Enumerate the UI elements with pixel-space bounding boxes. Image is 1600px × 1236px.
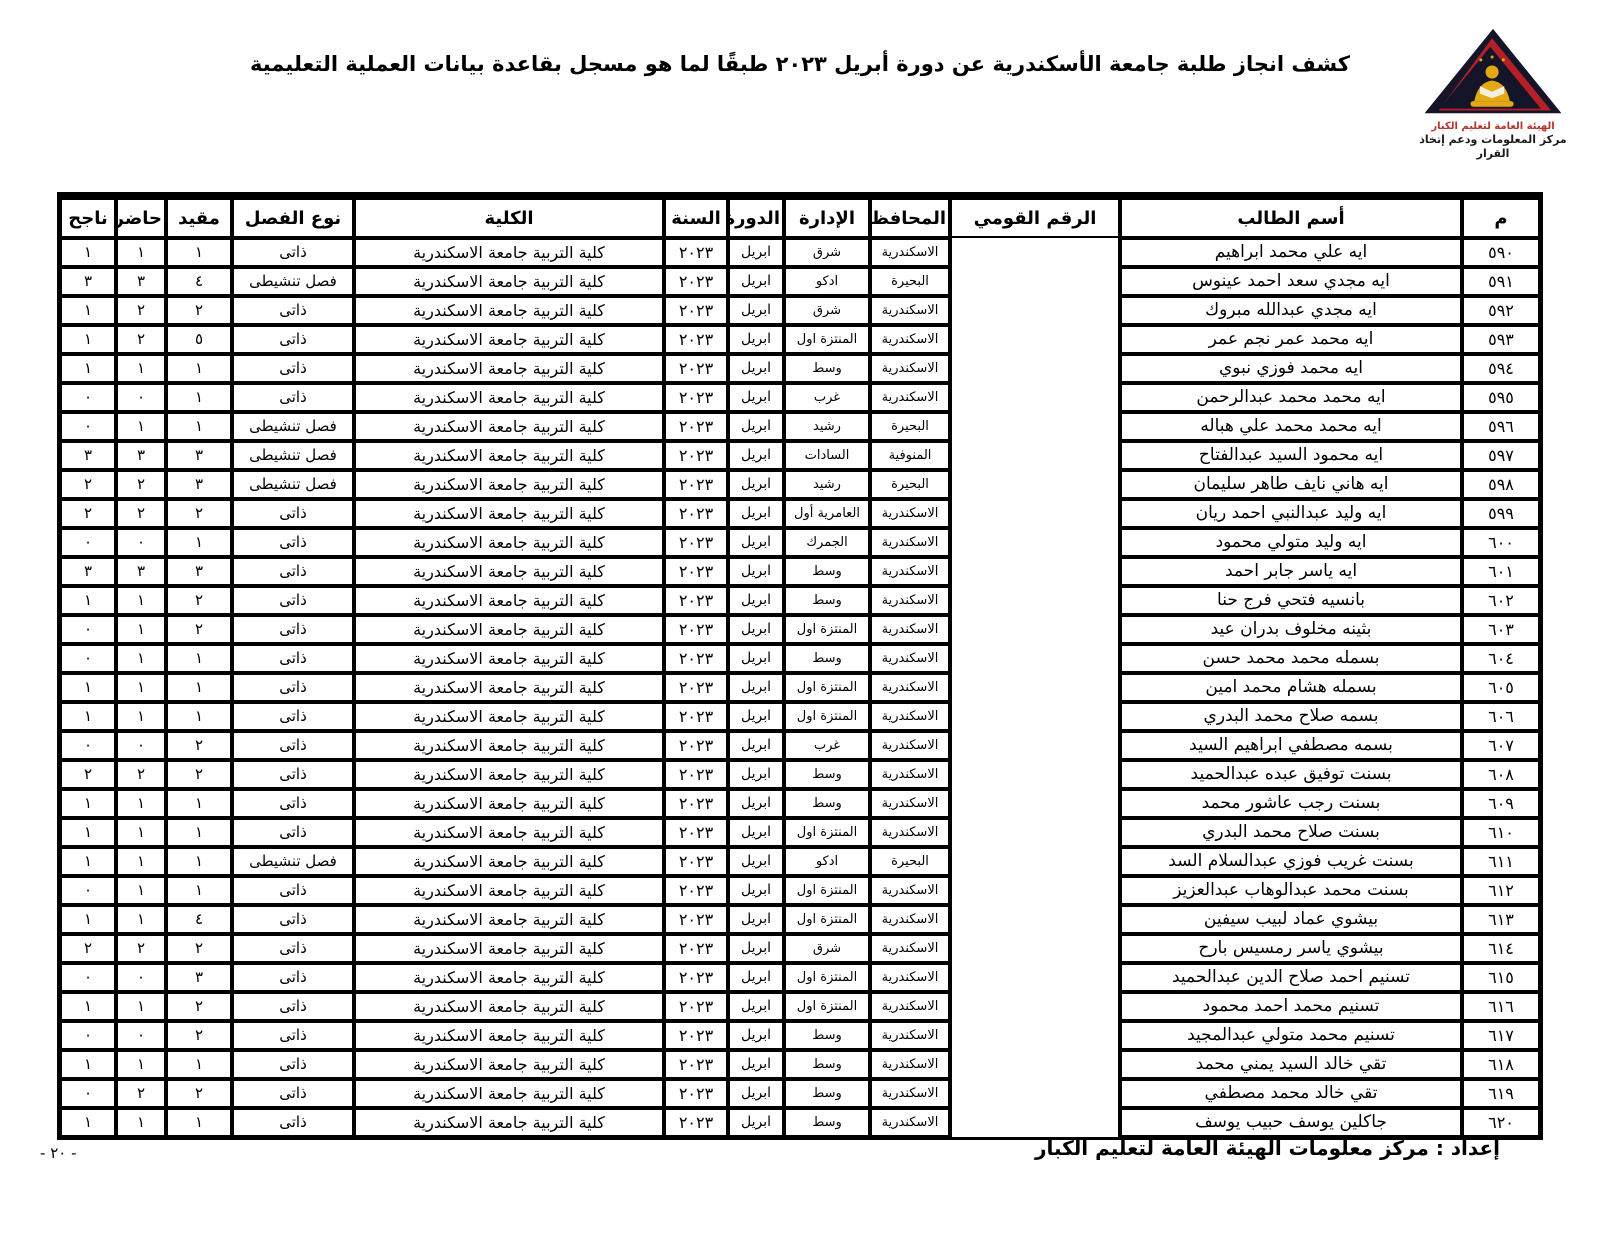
cell-enrolled: ١ [166,847,232,876]
cell-no: ٥٩٠ [1462,238,1540,267]
cell-no: ٥٩٥ [1462,383,1540,412]
cell-class_type: فصل تنشيطى [232,847,354,876]
cell-passed: ٣ [60,441,116,470]
cell-session: ابريل [728,992,784,1021]
cell-no: ٥٩٧ [1462,441,1540,470]
cell-year: ٢٠٢٣ [664,499,728,528]
table-row: ٥٩٠ايه علي محمد ابراهيمالاسكندريةشرقابري… [60,238,1540,267]
cell-name: ايه محمود السيد عبدالفتاح [1120,441,1462,470]
cell-enrolled: ١ [166,238,232,267]
cell-class_type: فصل تنشيطى [232,470,354,499]
cell-no: ٥٩٨ [1462,470,1540,499]
cell-college: كلية التربية جامعة الاسكندرية [354,644,664,673]
cell-no: ٦١٩ [1462,1079,1540,1108]
cell-name: بسمه صلاح محمد البدري [1120,702,1462,731]
cell-gov: الاسكندرية [870,702,950,731]
cell-present: ٢ [116,934,166,963]
table-row: ٦١٠بسنت صلاح محمد البدريالاسكندريةالمنتز… [60,818,1540,847]
cell-name: بسنت رجب عاشور محمد [1120,789,1462,818]
cell-no: ٦١٥ [1462,963,1540,992]
cell-year: ٢٠٢٣ [664,702,728,731]
cell-gov: الاسكندرية [870,383,950,412]
cell-class_type: ذاتى [232,731,354,760]
cell-nid [950,441,1120,470]
document-page: كشف انجاز طلبة جامعة الأسكندرية عن دورة … [0,0,1600,1236]
cell-enrolled: ٣ [166,470,232,499]
cell-college: كلية التربية جامعة الاسكندرية [354,905,664,934]
cell-session: ابريل [728,1108,784,1137]
cell-class_type: ذاتى [232,383,354,412]
cell-present: ٢ [116,1079,166,1108]
cell-enrolled: ٢ [166,760,232,789]
cell-gov: الاسكندرية [870,789,950,818]
cell-enrolled: ٢ [166,615,232,644]
cell-year: ٢٠٢٣ [664,731,728,760]
cell-gov: الاسكندرية [870,760,950,789]
cell-session: ابريل [728,412,784,441]
cell-class_type: ذاتى [232,789,354,818]
cell-admin: العامرية أول [784,499,870,528]
cell-gov: الاسكندرية [870,731,950,760]
cell-class_type: ذاتى [232,296,354,325]
cell-present: ١ [116,354,166,383]
cell-admin: غرب [784,731,870,760]
cell-college: كلية التربية جامعة الاسكندرية [354,238,664,267]
cell-name: ايه مجدي سعد احمد عينوس [1120,267,1462,296]
cell-no: ٦١٨ [1462,1050,1540,1079]
cell-class_type: ذاتى [232,354,354,383]
cell-session: ابريل [728,1079,784,1108]
cell-college: كلية التربية جامعة الاسكندرية [354,789,664,818]
cell-nid [950,528,1120,557]
cell-college: كلية التربية جامعة الاسكندرية [354,615,664,644]
cell-gov: الاسكندرية [870,557,950,586]
cell-name: ايه مجدي عبدالله مبروك [1120,296,1462,325]
cell-class_type: فصل تنشيطى [232,412,354,441]
cell-admin: ادكو [784,267,870,296]
cell-name: ايه محمد عمر نجم عمر [1120,325,1462,354]
page-number: - ٢٠ - [40,1144,77,1162]
cell-present: ٠ [116,1021,166,1050]
cell-enrolled: ٢ [166,499,232,528]
cell-enrolled: ١ [166,412,232,441]
cell-enrolled: ٢ [166,586,232,615]
page-title: كشف انجاز طلبة جامعة الأسكندرية عن دورة … [240,52,1360,76]
cell-present: ١ [116,702,166,731]
header-row: م أسم الطالب الرقم القومي المحافظة الإدا… [60,198,1540,238]
cell-college: كلية التربية جامعة الاسكندرية [354,1021,664,1050]
cell-gov: الاسكندرية [870,644,950,673]
cell-name: ايه علي محمد ابراهيم [1120,238,1462,267]
cell-present: ٢ [116,760,166,789]
header-national-id: الرقم القومي [950,198,1120,238]
table-row: ٥٩٧ايه محمود السيد عبدالفتاحالمنوفيةالسا… [60,441,1540,470]
cell-class_type: ذاتى [232,499,354,528]
cell-class_type: ذاتى [232,1079,354,1108]
cell-session: ابريل [728,1021,784,1050]
cell-year: ٢٠٢٣ [664,238,728,267]
cell-nid [950,905,1120,934]
cell-year: ٢٠٢٣ [664,325,728,354]
cell-class_type: فصل تنشيطى [232,267,354,296]
cell-passed: ٠ [60,876,116,905]
cell-nid [950,644,1120,673]
cell-college: كلية التربية جامعة الاسكندرية [354,876,664,905]
cell-session: ابريل [728,441,784,470]
cell-passed: ٠ [60,963,116,992]
cell-nid [950,412,1120,441]
cell-passed: ١ [60,789,116,818]
header-year: السنة [664,198,728,238]
cell-class_type: ذاتى [232,702,354,731]
cell-passed: ١ [60,905,116,934]
header-serial: م [1462,198,1540,238]
cell-nid [950,557,1120,586]
cell-class_type: ذاتى [232,528,354,557]
cell-session: ابريل [728,557,784,586]
cell-college: كلية التربية جامعة الاسكندرية [354,325,664,354]
cell-gov: الاسكندرية [870,238,950,267]
cell-session: ابريل [728,963,784,992]
cell-session: ابريل [728,470,784,499]
cell-enrolled: ٢ [166,296,232,325]
cell-no: ٥٩٢ [1462,296,1540,325]
header-administration: الإدارة [784,198,870,238]
cell-year: ٢٠٢٣ [664,963,728,992]
cell-year: ٢٠٢٣ [664,383,728,412]
cell-name: بسمله محمد محمد حسن [1120,644,1462,673]
table-row: ٥٩٣ايه محمد عمر نجم عمرالاسكندريةالمنتزة… [60,325,1540,354]
table-row: ٦٠٣بثينه مخلوف بدران عيدالاسكندريةالمنتز… [60,615,1540,644]
cell-year: ٢٠٢٣ [664,557,728,586]
table-row: ٦٠٩بسنت رجب عاشور محمدالاسكندريةوسطابريل… [60,789,1540,818]
table-row: ٦٠١ايه ياسر جابر احمدالاسكندريةوسطابريل٢… [60,557,1540,586]
cell-nid [950,586,1120,615]
cell-session: ابريل [728,673,784,702]
cell-year: ٢٠٢٣ [664,905,728,934]
cell-year: ٢٠٢٣ [664,528,728,557]
cell-name: بسنت محمد عبدالوهاب عبدالعزيز [1120,876,1462,905]
cell-enrolled: ٣ [166,441,232,470]
cell-passed: ١ [60,1050,116,1079]
cell-college: كلية التربية جامعة الاسكندرية [354,557,664,586]
cell-name: بسمله هشام محمد امين [1120,673,1462,702]
cell-gov: الاسكندرية [870,963,950,992]
cell-enrolled: ١ [166,1108,232,1137]
cell-name: ايه وليد عبدالنبي احمد ريان [1120,499,1462,528]
cell-admin: وسط [784,789,870,818]
cell-nid [950,818,1120,847]
table-row: ٥٩٩ايه وليد عبدالنبي احمد ريانالاسكندرية… [60,499,1540,528]
cell-no: ٦٠١ [1462,557,1540,586]
cell-passed: ١ [60,992,116,1021]
cell-admin: المنتزة اول [784,992,870,1021]
cell-present: ١ [116,818,166,847]
cell-passed: ١ [60,673,116,702]
cell-enrolled: ٢ [166,934,232,963]
cell-year: ٢٠٢٣ [664,470,728,499]
cell-admin: وسط [784,760,870,789]
cell-session: ابريل [728,354,784,383]
cell-session: ابريل [728,702,784,731]
cell-class_type: ذاتى [232,1021,354,1050]
cell-session: ابريل [728,267,784,296]
cell-passed: ١ [60,702,116,731]
cell-enrolled: ٤ [166,267,232,296]
cell-passed: ٠ [60,383,116,412]
students-table-wrapper: م أسم الطالب الرقم القومي المحافظة الإدا… [59,192,1543,1140]
cell-passed: ١ [60,1108,116,1137]
cell-gov: الاسكندرية [870,934,950,963]
cell-college: كلية التربية جامعة الاسكندرية [354,673,664,702]
cell-college: كلية التربية جامعة الاسكندرية [354,731,664,760]
cell-no: ٦١٢ [1462,876,1540,905]
cell-session: ابريل [728,325,784,354]
cell-present: ٣ [116,557,166,586]
cell-enrolled: ١ [166,673,232,702]
cell-class_type: ذاتى [232,963,354,992]
cell-enrolled: ١ [166,876,232,905]
cell-college: كلية التربية جامعة الاسكندرية [354,992,664,1021]
cell-session: ابريل [728,876,784,905]
cell-college: كلية التربية جامعة الاسكندرية [354,470,664,499]
cell-present: ١ [116,615,166,644]
cell-gov: الاسكندرية [870,876,950,905]
cell-admin: المنتزة اول [784,702,870,731]
cell-passed: ٢ [60,499,116,528]
cell-no: ٦٠٨ [1462,760,1540,789]
cell-session: ابريل [728,789,784,818]
logo-caption-center: مركز المعلومات ودعم إتخاذ القرار [1408,133,1578,161]
cell-present: ١ [116,412,166,441]
cell-passed: ٣ [60,557,116,586]
cell-name: بسنت توفيق عبده عبدالحميد [1120,760,1462,789]
cell-no: ٦٠٩ [1462,789,1540,818]
cell-nid [950,499,1120,528]
cell-session: ابريل [728,499,784,528]
table-row: ٦١٧تسنيم محمد متولي عبدالمجيدالاسكندريةو… [60,1021,1540,1050]
header-student-name: أسم الطالب [1120,198,1462,238]
cell-enrolled: ١ [166,702,232,731]
cell-college: كلية التربية جامعة الاسكندرية [354,499,664,528]
header-college: الكلية [354,198,664,238]
header-enrolled: مقيد [166,198,232,238]
header-present: حاضر [116,198,166,238]
table-row: ٥٩٨ايه هاني نايف طاهر سليمانالبحيرةرشيدا… [60,470,1540,499]
cell-nid [950,1108,1120,1137]
cell-admin: السادات [784,441,870,470]
cell-name: تقي خالد السيد يمني محمد [1120,1050,1462,1079]
cell-class_type: ذاتى [232,557,354,586]
cell-enrolled: ١ [166,818,232,847]
logo-caption-authority: الهيئة العامة لتعليم الكبار [1408,120,1578,133]
cell-present: ١ [116,992,166,1021]
cell-enrolled: ٣ [166,963,232,992]
table-row: ٦١٩تقي خالد محمد مصطفيالاسكندريةوسطابريل… [60,1079,1540,1108]
cell-year: ٢٠٢٣ [664,876,728,905]
cell-passed: ٢ [60,470,116,499]
table-row: ٦٠٥بسمله هشام محمد امينالاسكندريةالمنتزة… [60,673,1540,702]
cell-gov: الاسكندرية [870,586,950,615]
cell-no: ٦١٣ [1462,905,1540,934]
cell-admin: المنتزة اول [784,615,870,644]
cell-passed: ١ [60,818,116,847]
cell-gov: الاسكندرية [870,992,950,1021]
cell-present: ١ [116,876,166,905]
cell-college: كلية التربية جامعة الاسكندرية [354,963,664,992]
cell-present: ١ [116,238,166,267]
cell-passed: ٢ [60,760,116,789]
cell-class_type: ذاتى [232,1050,354,1079]
cell-no: ٦٠٥ [1462,673,1540,702]
cell-enrolled: ٢ [166,1079,232,1108]
cell-passed: ١ [60,325,116,354]
cell-present: ١ [116,586,166,615]
cell-admin: وسط [784,586,870,615]
pyramid-reader-icon [1418,26,1568,118]
cell-name: جاكلين يوسف حبيب يوسف [1120,1108,1462,1137]
table-row: ٦١٣بيشوي عماد لبيب سيفينالاسكندريةالمنتز… [60,905,1540,934]
cell-name: ايه محمد فوزي نبوي [1120,354,1462,383]
cell-name: بثينه مخلوف بدران عيد [1120,615,1462,644]
cell-enrolled: ٢ [166,1021,232,1050]
cell-no: ٦١١ [1462,847,1540,876]
cell-nid [950,267,1120,296]
cell-no: ٥٩١ [1462,267,1540,296]
cell-year: ٢٠٢٣ [664,354,728,383]
cell-no: ٦١٠ [1462,818,1540,847]
cell-no: ٥٩٩ [1462,499,1540,528]
cell-class_type: ذاتى [232,992,354,1021]
cell-gov: الاسكندرية [870,1050,950,1079]
table-row: ٦١٤بيشوي ياسر رمسيس بارحالاسكندريةشرقابر… [60,934,1540,963]
cell-session: ابريل [728,818,784,847]
cell-present: ٠ [116,731,166,760]
cell-nid [950,383,1120,412]
cell-present: ١ [116,905,166,934]
cell-admin: رشيد [784,412,870,441]
cell-year: ٢٠٢٣ [664,847,728,876]
cell-gov: البحيرة [870,847,950,876]
cell-passed: ١ [60,354,116,383]
table-row: ٥٩٢ايه مجدي عبدالله مبروكالاسكندريةشرقاب… [60,296,1540,325]
cell-enrolled: ١ [166,644,232,673]
cell-passed: ٠ [60,615,116,644]
students-table: م أسم الطالب الرقم القومي المحافظة الإدا… [57,192,1543,1140]
cell-college: كلية التربية جامعة الاسكندرية [354,847,664,876]
cell-class_type: ذاتى [232,876,354,905]
cell-passed: ١ [60,586,116,615]
cell-passed: ٠ [60,731,116,760]
cell-name: بسمه مصطفي ابراهيم السيد [1120,731,1462,760]
cell-session: ابريل [728,383,784,412]
cell-present: ٠ [116,963,166,992]
cell-gov: الاسكندرية [870,818,950,847]
cell-no: ٦٠٣ [1462,615,1540,644]
cell-class_type: ذاتى [232,1108,354,1137]
table-row: ٥٩٦ايه محمد محمد علي هبالهالبحيرةرشيدابر… [60,412,1540,441]
table-row: ٦١٥تسنيم احمد صلاح الدين عبدالحميدالاسكن… [60,963,1540,992]
cell-nid [950,325,1120,354]
cell-admin: الجمرك [784,528,870,557]
cell-admin: المنتزة اول [784,673,870,702]
table-row: ٦٠٤بسمله محمد محمد حسنالاسكندريةوسطابريل… [60,644,1540,673]
cell-college: كلية التربية جامعة الاسكندرية [354,296,664,325]
cell-admin: شرق [784,934,870,963]
cell-admin: شرق [784,296,870,325]
cell-gov: الاسكندرية [870,1021,950,1050]
cell-year: ٢٠٢٣ [664,1021,728,1050]
cell-gov: الاسكندرية [870,905,950,934]
cell-name: ايه ياسر جابر احمد [1120,557,1462,586]
table-row: ٦٠٧بسمه مصطفي ابراهيم السيدالاسكندريةغرب… [60,731,1540,760]
cell-name: ايه هاني نايف طاهر سليمان [1120,470,1462,499]
cell-nid [950,789,1120,818]
table-row: ٦٠٦بسمه صلاح محمد البدريالاسكندريةالمنتز… [60,702,1540,731]
cell-name: بسنت غريب فوزي عبدالسلام السد [1120,847,1462,876]
cell-name: بيشوي عماد لبيب سيفين [1120,905,1462,934]
cell-session: ابريل [728,1050,784,1079]
cell-name: ايه محمد محمد عبدالرحمن [1120,383,1462,412]
cell-session: ابريل [728,528,784,557]
cell-nid [950,760,1120,789]
cell-enrolled: ٢ [166,731,232,760]
cell-admin: المنتزة اول [784,963,870,992]
cell-no: ٦٠٦ [1462,702,1540,731]
cell-session: ابريل [728,615,784,644]
cell-session: ابريل [728,847,784,876]
cell-admin: المنتزة اول [784,876,870,905]
cell-passed: ٠ [60,1079,116,1108]
cell-college: كلية التربية جامعة الاسكندرية [354,412,664,441]
cell-college: كلية التربية جامعة الاسكندرية [354,760,664,789]
cell-present: ١ [116,1108,166,1137]
cell-passed: ٣ [60,267,116,296]
cell-class_type: ذاتى [232,325,354,354]
table-row: ٦٢٠جاكلين يوسف حبيب يوسفالاسكندريةوسطابر… [60,1108,1540,1137]
cell-nid [950,992,1120,1021]
cell-gov: الاسكندرية [870,296,950,325]
cell-enrolled: ٥ [166,325,232,354]
table-row: ٦٠٨بسنت توفيق عبده عبدالحميدالاسكندريةوس… [60,760,1540,789]
table-body: ٥٩٠ايه علي محمد ابراهيمالاسكندريةشرقابري… [60,238,1540,1137]
cell-admin: شرق [784,238,870,267]
cell-session: ابريل [728,586,784,615]
cell-passed: ١ [60,238,116,267]
cell-enrolled: ١ [166,789,232,818]
cell-nid [950,1079,1120,1108]
cell-year: ٢٠٢٣ [664,644,728,673]
cell-name: بسنت صلاح محمد البدري [1120,818,1462,847]
cell-enrolled: ٢ [166,992,232,1021]
cell-year: ٢٠٢٣ [664,1079,728,1108]
cell-admin: وسط [784,1021,870,1050]
cell-gov: البحيرة [870,412,950,441]
cell-admin: المنتزة اول [784,325,870,354]
cell-college: كلية التربية جامعة الاسكندرية [354,1108,664,1137]
cell-session: ابريل [728,760,784,789]
cell-present: ١ [116,644,166,673]
cell-no: ٦١٧ [1462,1021,1540,1050]
cell-gov: الاسكندرية [870,325,950,354]
cell-college: كلية التربية جامعة الاسكندرية [354,702,664,731]
cell-year: ٢٠٢٣ [664,760,728,789]
table-row: ٥٩٤ايه محمد فوزي نبويالاسكندريةوسطابريل٢… [60,354,1540,383]
cell-no: ٥٩٦ [1462,412,1540,441]
cell-passed: ٠ [60,644,116,673]
cell-admin: غرب [784,383,870,412]
cell-gov: الاسكندرية [870,1079,950,1108]
